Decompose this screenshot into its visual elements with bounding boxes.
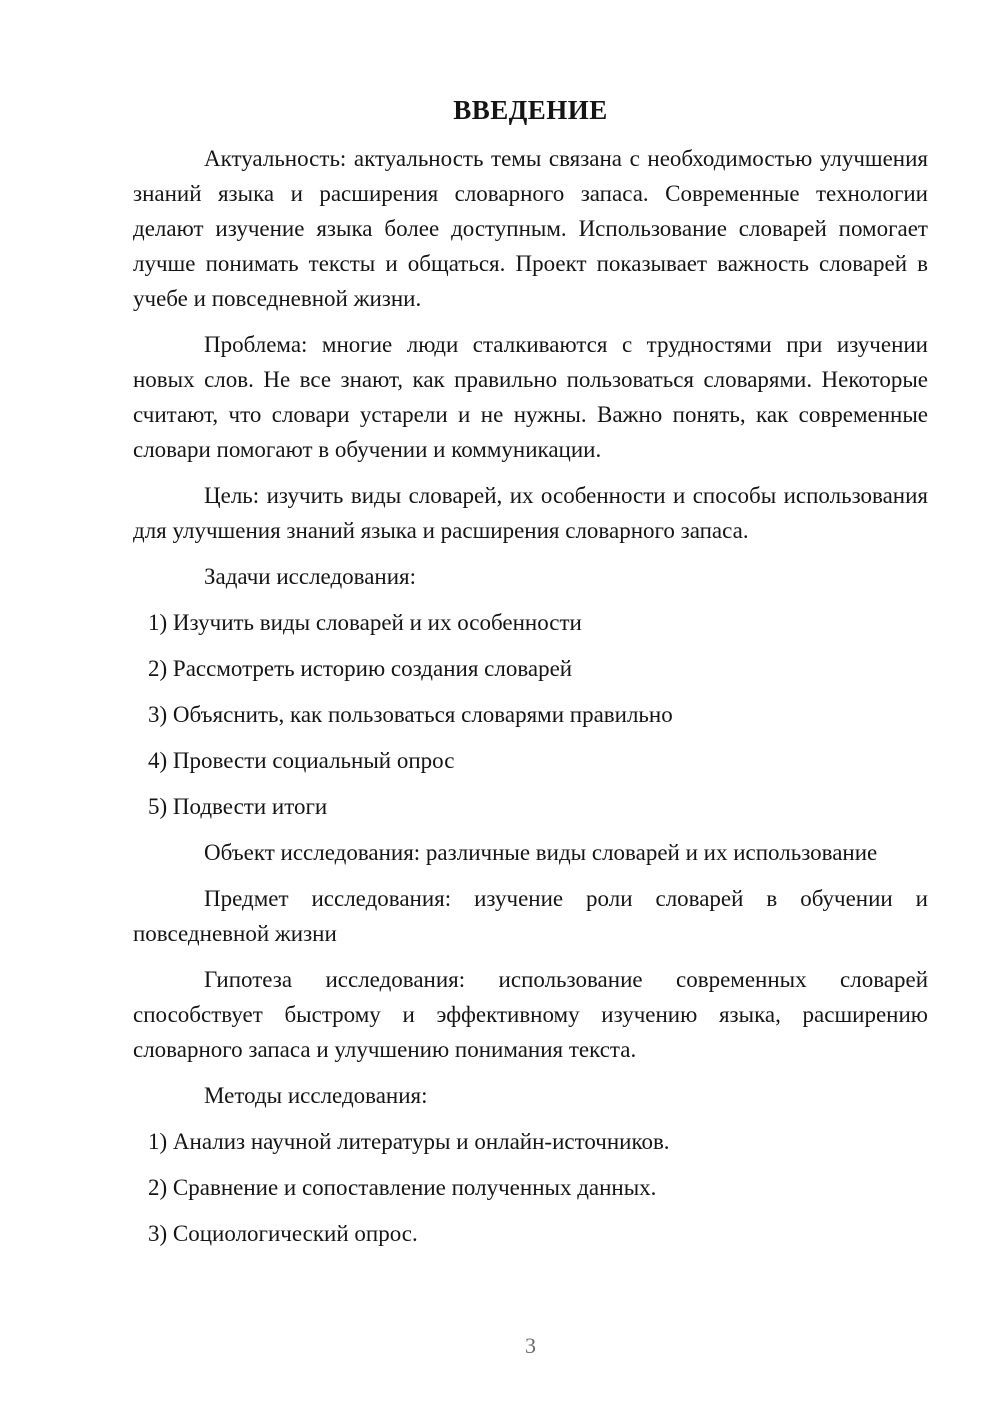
task-item-1: 1) Изучить виды словарей и их особенност… [148, 605, 928, 640]
paragraph-goal: Цель: изучить виды словарей, их особенно… [133, 478, 928, 548]
paragraph-hypothesis: Гипотеза исследования: использование сов… [133, 962, 928, 1067]
page-number: 3 [133, 1328, 928, 1363]
document-page: ВВЕДЕНИЕ Актуальность: актуальность темы… [0, 0, 1000, 1414]
task-item-4: 4) Провести социальный опрос [148, 743, 928, 778]
paragraph-subject: Предмет исследования: изучение роли слов… [133, 881, 928, 951]
paragraph-object: Объект исследования: различные виды слов… [133, 835, 928, 870]
paragraph-problem: Проблема: многие люди сталкиваются с тру… [133, 327, 928, 467]
paragraph-relevance: Актуальность: актуальность темы связана … [133, 141, 928, 316]
page-title: ВВЕДЕНИЕ [133, 93, 928, 128]
method-item-2: 2) Сравнение и сопоставление полученных … [148, 1170, 928, 1205]
method-item-1: 1) Анализ научной литературы и онлайн-ис… [148, 1124, 928, 1159]
methods-heading: Методы исследования: [133, 1078, 928, 1113]
tasks-heading: Задачи исследования: [133, 559, 928, 594]
method-item-3: 3) Социологический опрос. [148, 1216, 928, 1251]
task-item-5: 5) Подвести итоги [148, 789, 928, 824]
task-item-3: 3) Объяснить, как пользоваться словарями… [148, 697, 928, 732]
task-item-2: 2) Рассмотреть историю создания словарей [148, 651, 928, 686]
